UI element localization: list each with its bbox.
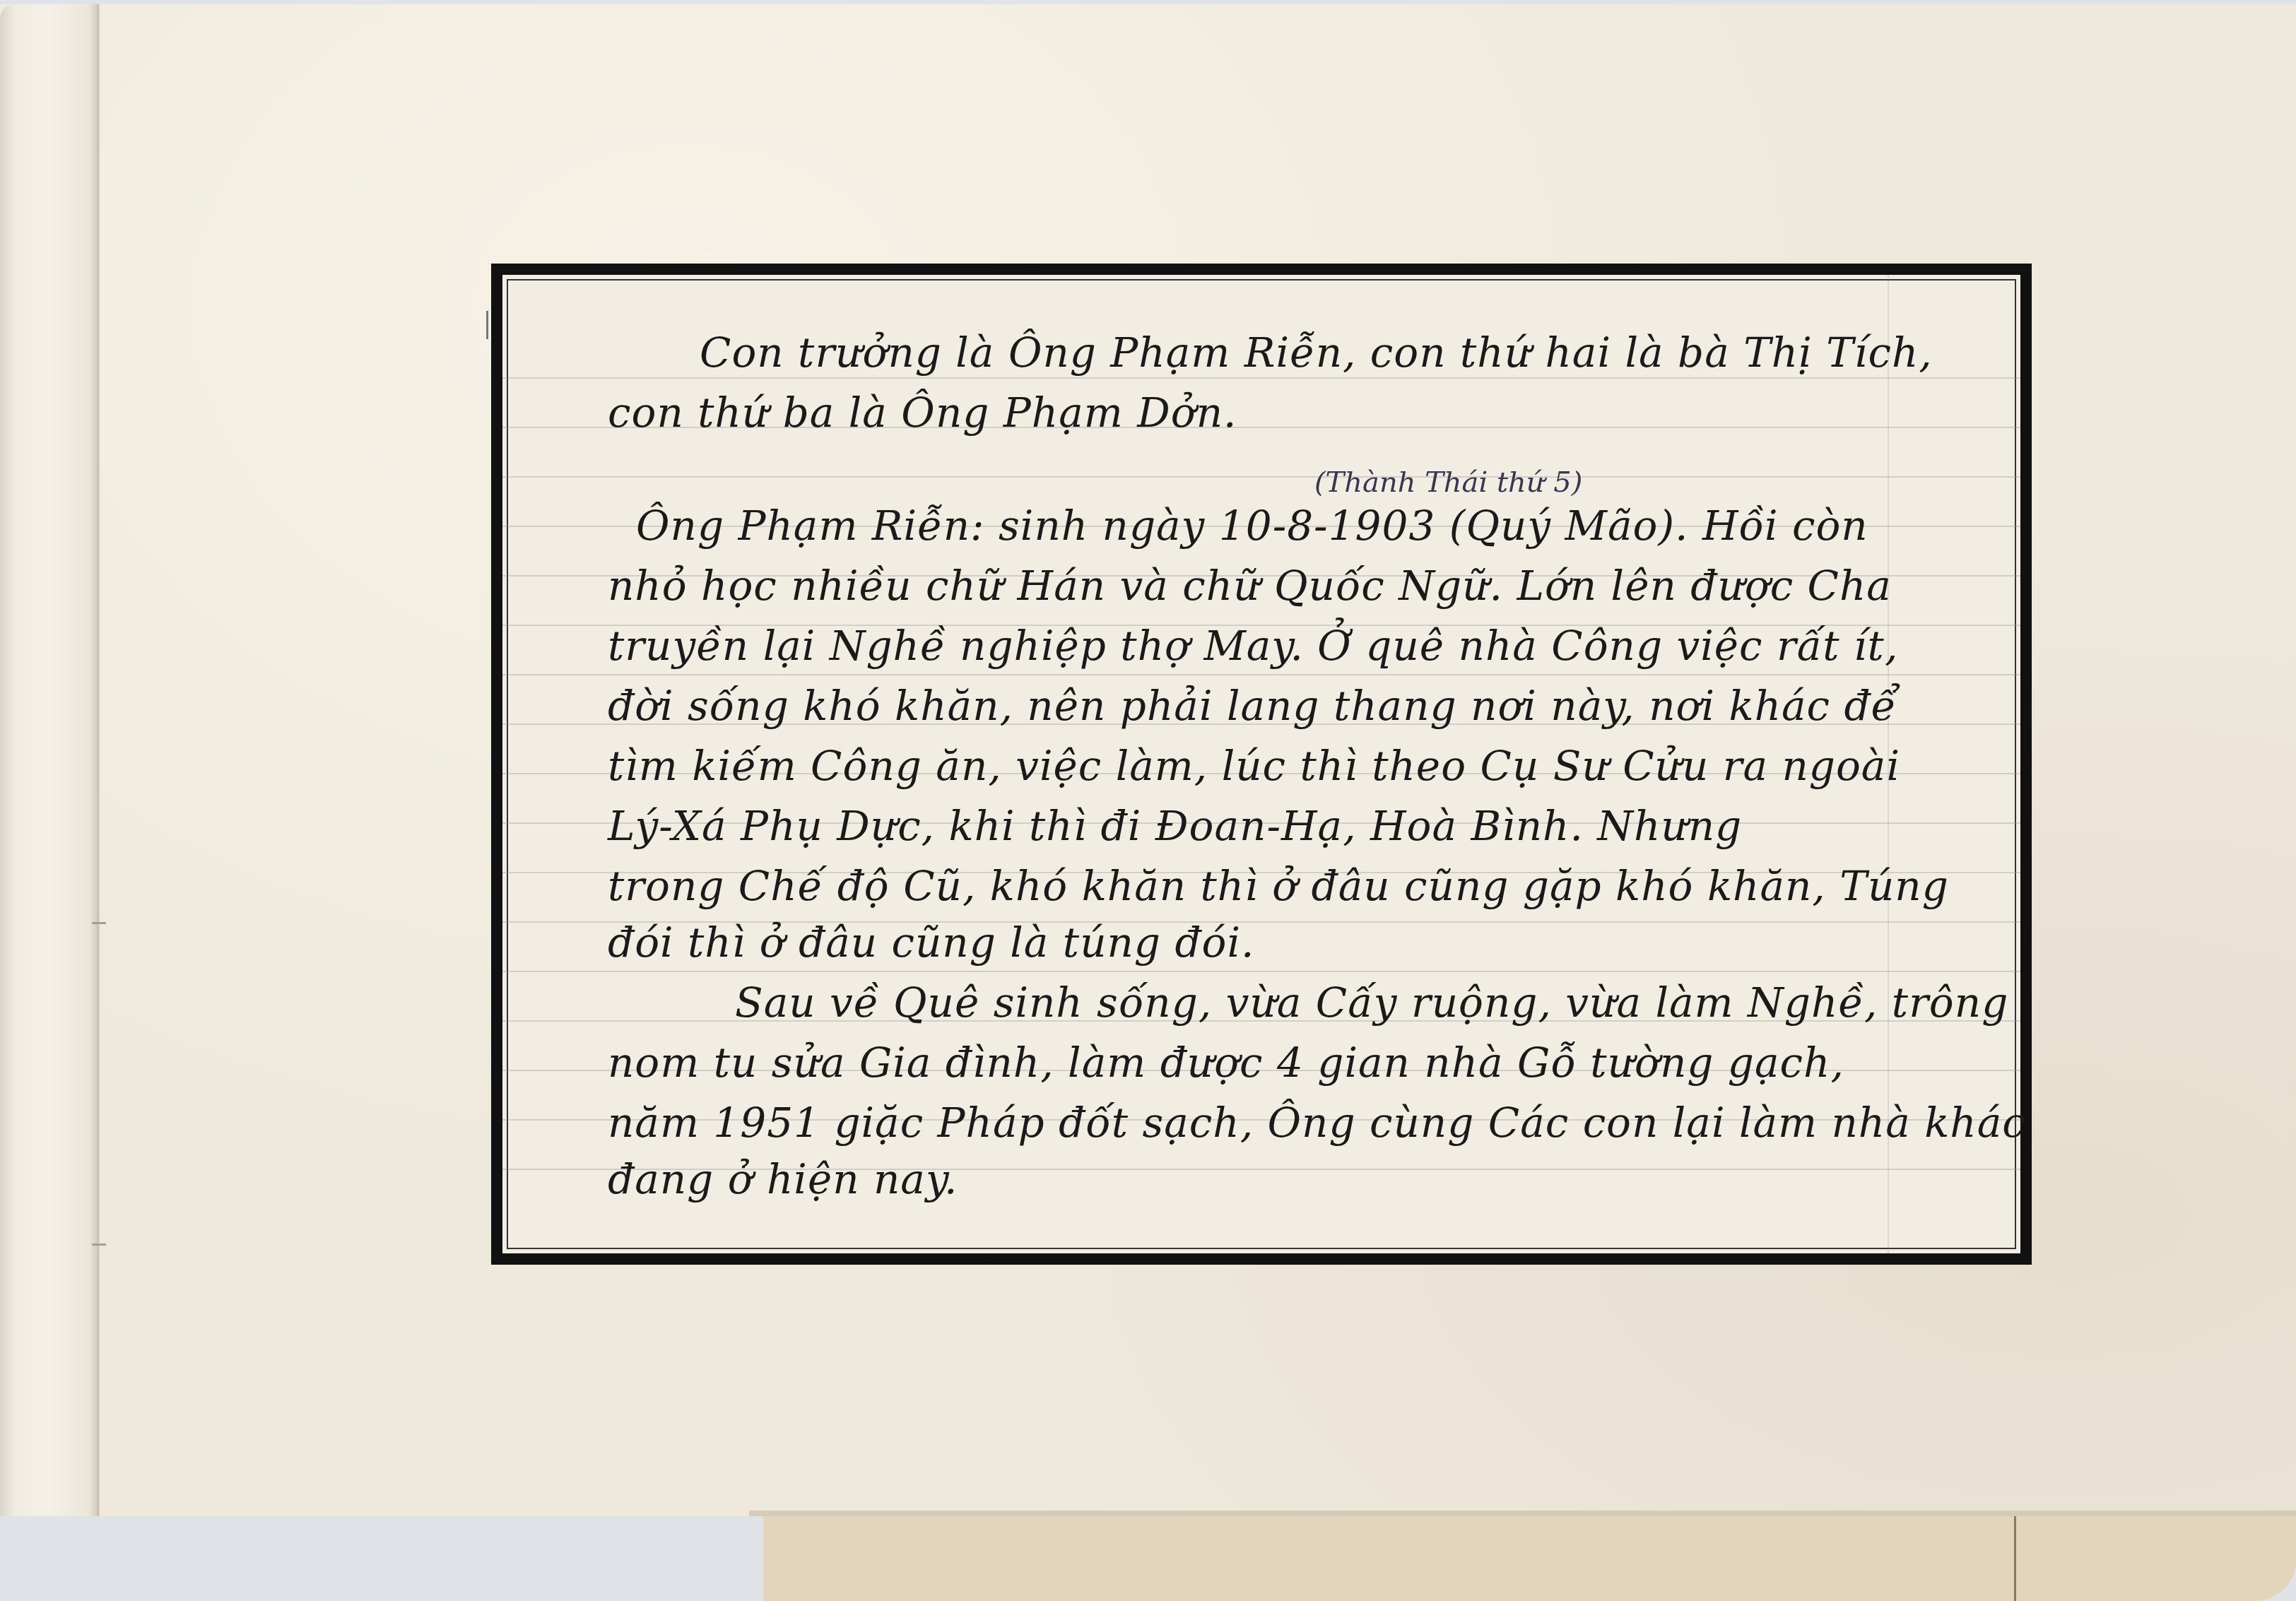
paragraph-3-line-1: Sau về Quê sinh sống, vừa Cấy ruộng, vừa… bbox=[735, 979, 2008, 1027]
notebook-spine bbox=[0, 4, 99, 1516]
paragraph-2-line-6: Lý-Xá Phụ Dực, khi thì đi Đoan-Hạ, Hoà B… bbox=[608, 802, 1742, 850]
stitch-mark bbox=[92, 922, 106, 924]
ruled-line bbox=[502, 377, 2020, 379]
stitch-mark bbox=[92, 1243, 106, 1246]
paragraph-2-line-1: Ông Phạm Riễn: sinh ngày 10-8-1903 (Quý … bbox=[636, 502, 1868, 550]
paragraph-1-line-1: Con trưởng là Ông Phạm Riễn, con thứ hai… bbox=[700, 329, 1933, 377]
paragraph-3-line-2: nom tu sửa Gia đình, làm được 4 gian nhà… bbox=[608, 1039, 1844, 1087]
paragraph-2-line-3: truyền lại Nghề nghiệp thợ May. Ở quê nh… bbox=[608, 622, 1898, 670]
reign-year-annotation: (Thành Thái thứ 5) bbox=[1314, 466, 1582, 499]
ruled-line bbox=[502, 674, 2020, 675]
paragraph-1-line-2: con thứ ba là Ông Phạm Dởn. bbox=[608, 389, 1237, 437]
ruled-line bbox=[502, 971, 2020, 972]
paragraph-2-line-2: nhỏ học nhiều chữ Hán và chữ Quốc Ngữ. L… bbox=[608, 562, 1892, 610]
paragraph-3-line-3: năm 1951 giặc Pháp đốt sạch, Ông cùng Cá… bbox=[608, 1099, 2026, 1147]
page-bottom-edge bbox=[749, 1511, 2296, 1516]
paragraph-2-line-7: trong Chế độ Cũ, khó khăn thì ở đâu cũng… bbox=[608, 862, 1949, 910]
page-seam bbox=[98, 4, 100, 1516]
paragraph-2-line-5: tìm kiếm Công ăn, việc làm, lúc thì theo… bbox=[608, 742, 1900, 790]
pencil-mark bbox=[486, 311, 488, 339]
paragraph-2-line-4: đời sống khó khăn, nên phải lang thang n… bbox=[608, 682, 1897, 730]
ruled-line bbox=[502, 476, 2020, 478]
paragraph-2-line-8: đói thì ở đâu cũng là túng đói. bbox=[608, 918, 1254, 967]
paragraph-3-line-4: đang ở hiện nay. bbox=[608, 1155, 958, 1203]
